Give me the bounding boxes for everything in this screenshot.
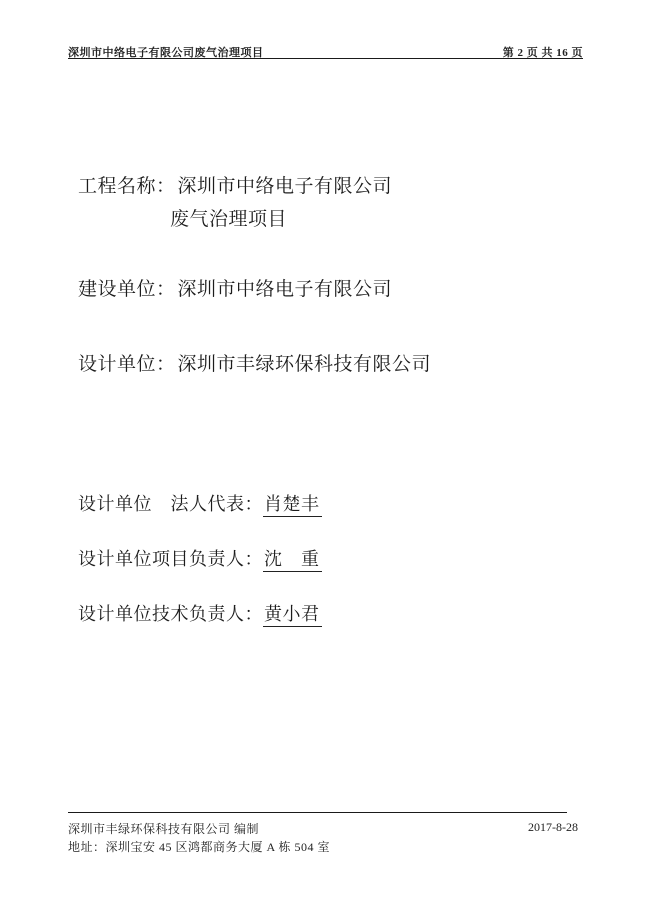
project-lead-label: 设计单位项目负责人：: [78, 549, 263, 569]
project-name-label: 工程名称：: [78, 176, 176, 197]
header-rule: [68, 58, 583, 59]
construction-unit-label: 建设单位：: [78, 279, 176, 300]
project-lead-line: 设计单位项目负责人：沈 重: [78, 545, 322, 571]
construction-unit-value: 深圳市中络电子有限公司: [178, 279, 393, 300]
legal-rep-line: 设计单位 法人代表：肖楚丰: [78, 490, 322, 516]
footer-date: 2017-8-28: [528, 820, 578, 835]
legal-rep-name: 肖楚丰: [263, 494, 322, 517]
project-name-value-line2: 废气治理项目: [170, 204, 287, 231]
project-name-line: 工程名称：深圳市中络电子有限公司: [78, 171, 392, 198]
footer-address: 地址：深圳宝安 45 区鸿都商务大厦 A 栋 504 室: [68, 838, 330, 855]
project-lead-name: 沈 重: [263, 549, 322, 572]
tech-lead-line: 设计单位技术负责人：黄小君: [78, 600, 322, 626]
construction-unit-line: 建设单位：深圳市中络电子有限公司: [78, 274, 392, 301]
design-unit-line: 设计单位：深圳市丰绿环保科技有限公司: [78, 349, 431, 376]
legal-rep-label: 设计单位 法人代表：: [78, 494, 263, 514]
project-name-value: 深圳市中络电子有限公司: [178, 176, 393, 197]
design-unit-value: 深圳市丰绿环保科技有限公司: [178, 354, 432, 375]
footer-rule: [68, 812, 567, 813]
document-page: 深圳市中络电子有限公司废气治理项目 第 2 页 共 16 页 工程名称：深圳市中…: [0, 0, 646, 914]
tech-lead-label: 设计单位技术负责人：: [78, 604, 263, 624]
footer-compiler: 深圳市丰绿环保科技有限公司 编制: [68, 820, 259, 837]
tech-lead-name: 黄小君: [263, 604, 322, 627]
design-unit-label: 设计单位：: [78, 354, 176, 375]
